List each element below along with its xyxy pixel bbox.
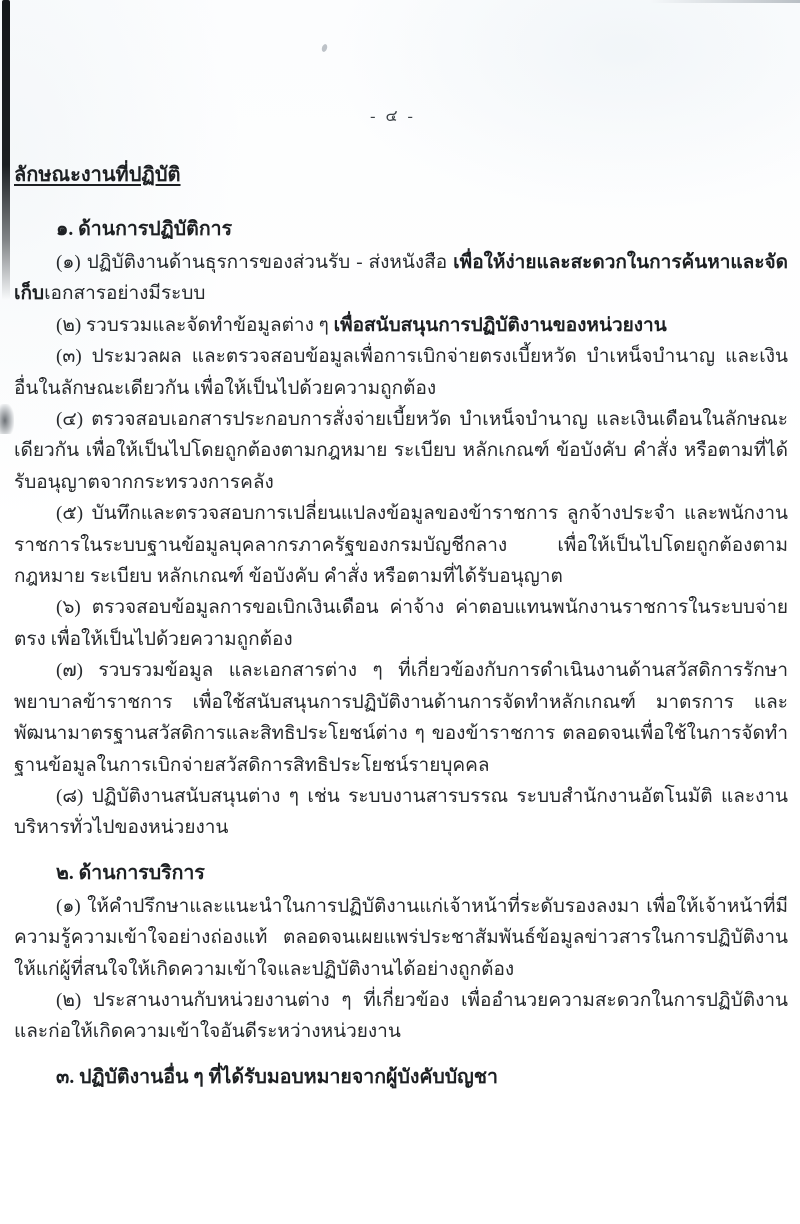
body-text: (๘) ปฏิบัติงานสนับสนุนต่าง ๆ เช่น ระบบงา… xyxy=(14,786,788,838)
scan-artifact-top-edge xyxy=(650,0,800,3)
body-text: (๒) ประสานงานกับหน่วยงานต่าง ๆ ที่เกี่ยว… xyxy=(14,990,788,1042)
list-item: (๔) ตรวจสอบเอกสารประกอบการสั่งจ่ายเบี้ยห… xyxy=(14,404,788,498)
section-title: ๓. ปฏิบัติงานอื่น ๆ ที่ได้รับมอบหมายจากผ… xyxy=(14,1062,788,1093)
section-3: ๓. ปฏิบัติงานอื่น ๆ ที่ได้รับมอบหมายจากผ… xyxy=(14,1062,788,1093)
document-heading: ลักษณะงานที่ปฏิบัติ xyxy=(14,158,181,190)
list-item: (๑) ปฏิบัติงานด้านธุรการของส่วนรับ - ส่ง… xyxy=(14,247,788,310)
section-title: ๑. ด้านการปฏิบัติการ xyxy=(14,214,788,245)
body-text: (๑) ปฏิบัติงานด้านธุรการของส่วนรับ - ส่ง… xyxy=(56,252,453,273)
document-page: - ๔ - ลักษณะงานที่ปฏิบัติ ๑. ด้านการปฏิบ… xyxy=(0,0,800,1224)
emphasized-text: เพื่อสนับสนุนการปฏิบัติงานของหน่วยงาน xyxy=(334,315,667,336)
page-number: - ๔ - xyxy=(0,104,786,129)
list-item: (๕) บันทึกและตรวจสอบการเปลี่ยนแปลงข้อมูล… xyxy=(14,498,788,592)
body-text: เอกสารอย่างมีระบบ xyxy=(44,283,205,304)
section-title: ๒. ด้านการบริการ xyxy=(14,858,788,889)
list-item: (๘) ปฏิบัติงานสนับสนุนต่าง ๆ เช่น ระบบงา… xyxy=(14,781,788,844)
list-item: (๑) ให้คำปรึกษาและแนะนำในการปฏิบัติงานแก… xyxy=(14,891,788,985)
scan-artifact-speck xyxy=(321,43,328,52)
body-text: (๕) บันทึกและตรวจสอบการเปลี่ยนแปลงข้อมูล… xyxy=(14,503,788,587)
body-text: (๔) ตรวจสอบเอกสารประกอบการสั่งจ่ายเบี้ยห… xyxy=(14,409,788,493)
scan-artifact-left-bar xyxy=(2,0,10,300)
list-item: (๗) รวบรวมข้อมูล และเอกสารต่าง ๆ ที่เกี่… xyxy=(14,655,788,781)
sections-container: ๑. ด้านการปฏิบัติการ(๑) ปฏิบัติงานด้านธุ… xyxy=(14,200,788,1095)
section-1: ๑. ด้านการปฏิบัติการ(๑) ปฏิบัติงานด้านธุ… xyxy=(14,214,788,844)
list-item: (๖) ตรวจสอบข้อมูลการขอเบิกเงินเดือน ค่าจ… xyxy=(14,592,788,655)
scan-artifact-smudge xyxy=(0,404,14,434)
body-text: (๓) ประมวลผล และตรวจสอบข้อมูลเพื่อการเบิ… xyxy=(14,346,788,398)
body-text: (๒) รวบรวมและจัดทำข้อมูลต่าง ๆ xyxy=(56,315,334,336)
body-text: (๑) ให้คำปรึกษาและแนะนำในการปฏิบัติงานแก… xyxy=(14,896,788,980)
list-item: (๒) ประสานงานกับหน่วยงานต่าง ๆ ที่เกี่ยว… xyxy=(14,985,788,1048)
body-text: (๖) ตรวจสอบข้อมูลการขอเบิกเงินเดือน ค่าจ… xyxy=(14,597,788,649)
list-item: (๓) ประมวลผล และตรวจสอบข้อมูลเพื่อการเบิ… xyxy=(14,341,788,404)
list-item: (๒) รวบรวมและจัดทำข้อมูลต่าง ๆ เพื่อสนับ… xyxy=(14,310,788,341)
body-text: (๗) รวบรวมข้อมูล และเอกสารต่าง ๆ ที่เกี่… xyxy=(14,660,788,775)
section-2: ๒. ด้านการบริการ(๑) ให้คำปรึกษาและแนะนำใ… xyxy=(14,858,788,1048)
